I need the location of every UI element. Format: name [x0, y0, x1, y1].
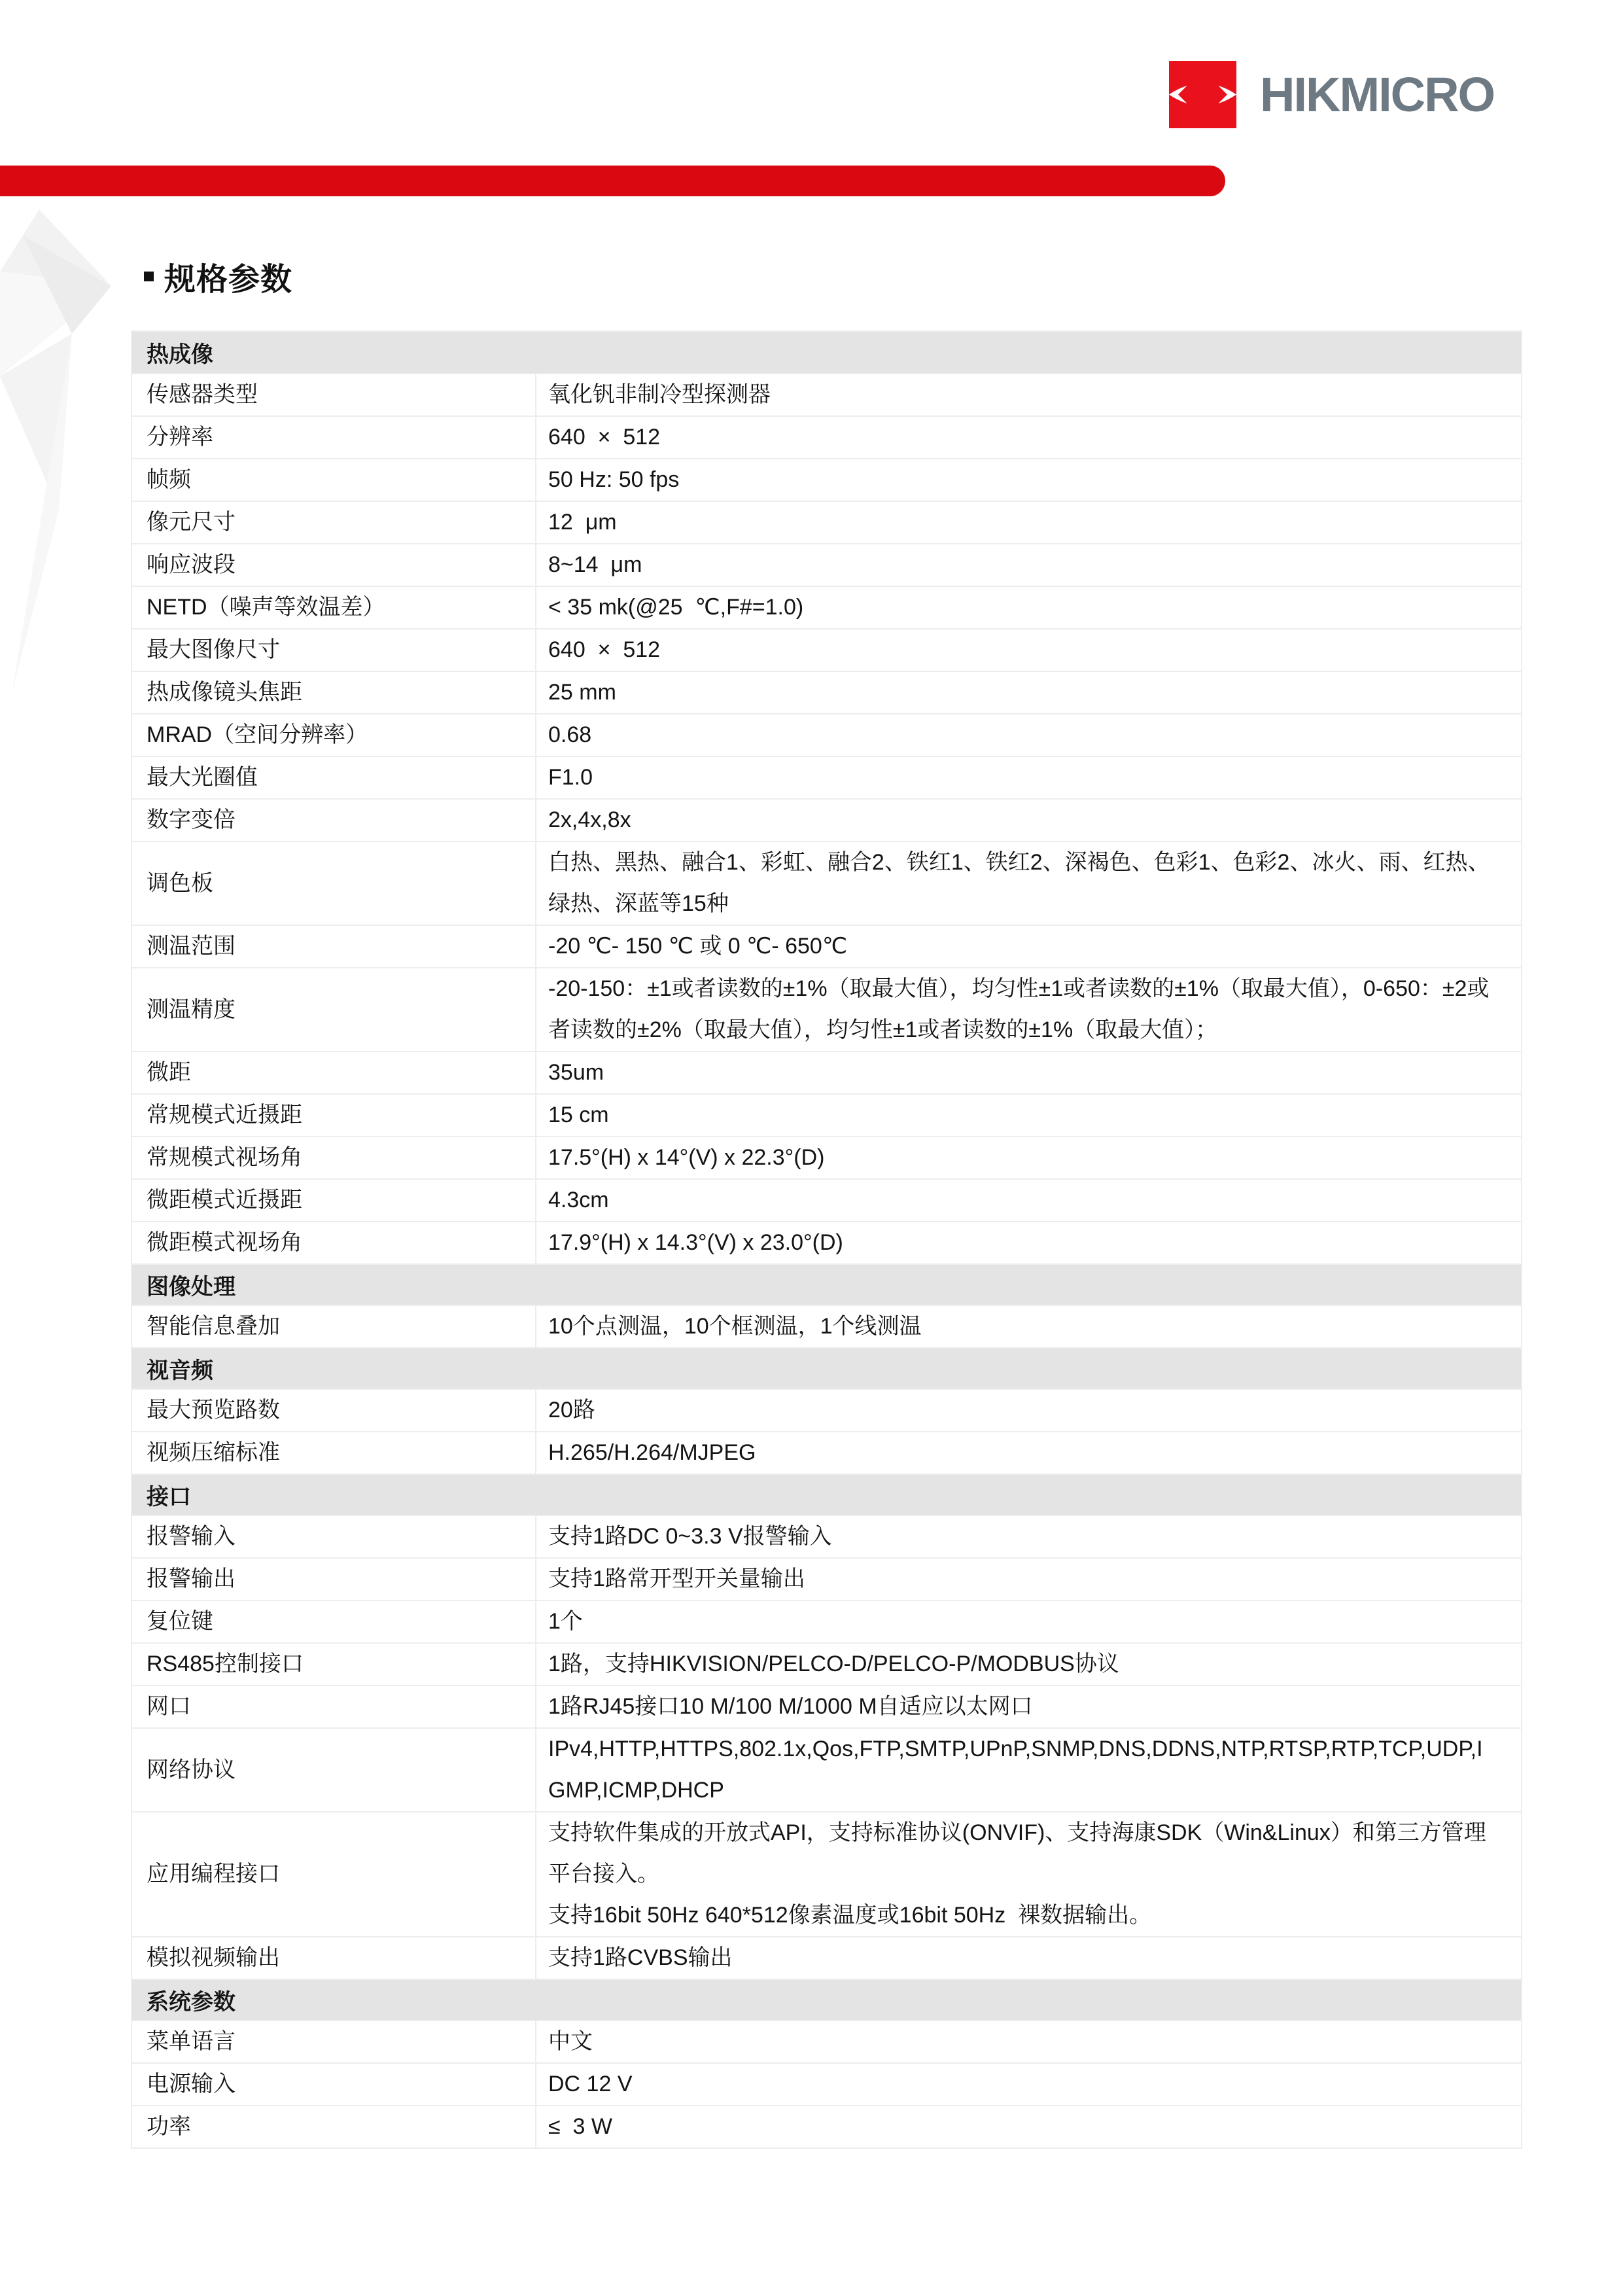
spec-label: 智能信息叠加: [132, 1306, 536, 1347]
spec-label: 数字变倍: [132, 800, 536, 841]
section-header: 系统参数: [132, 1979, 1521, 2020]
spec-row: 复位键1个: [132, 1600, 1521, 1642]
spec-row: 常规模式近摄距15 cm: [132, 1093, 1521, 1136]
spec-row: 微距35um: [132, 1051, 1521, 1093]
spec-value: < 35 mk(@25 ℃,F#=1.0): [536, 587, 1521, 628]
spec-row: 最大预览路数20路: [132, 1388, 1521, 1431]
spec-label: 热成像镜头焦距: [132, 672, 536, 713]
spec-value: 支持1路CVBS输出: [536, 1937, 1521, 1979]
title-bullet-icon: [144, 272, 154, 281]
page-title-text: 规格参数: [164, 254, 292, 299]
spec-value: 1路RJ45接口10 M/100 M/1000 M自适应以太网口: [536, 1686, 1521, 1727]
spec-label: 应用编程接口: [132, 1812, 536, 1936]
spec-row: 最大光圈值F1.0: [132, 756, 1521, 798]
spec-label: 网络协议: [132, 1729, 536, 1811]
spec-label: 视频压缩标准: [132, 1432, 536, 1474]
spec-row: 网口1路RJ45接口10 M/100 M/1000 M自适应以太网口: [132, 1685, 1521, 1727]
spec-label: 像元尺寸: [132, 502, 536, 543]
spec-value: F1.0: [536, 757, 1521, 798]
spec-row: 功率≤ 3 W: [132, 2105, 1521, 2147]
spec-value: 50 Hz: 50 fps: [536, 459, 1521, 501]
spec-label: 电源输入: [132, 2064, 536, 2105]
spec-label: 测温范围: [132, 926, 536, 967]
spec-value: 1个: [536, 1601, 1521, 1642]
spec-value: 氧化钒非制冷型探测器: [536, 374, 1521, 415]
spec-value: 支持1路DC 0~3.3 V报警输入: [536, 1516, 1521, 1557]
spec-row: 视频压缩标准H.265/H.264/MJPEG: [132, 1431, 1521, 1474]
section-header: 视音频: [132, 1347, 1521, 1388]
spec-label: 传感器类型: [132, 374, 536, 415]
spec-row: 热成像镜头焦距25 mm: [132, 671, 1521, 713]
spec-value: 25 mm: [536, 672, 1521, 713]
spec-row: 测温范围-20 ℃- 150 ℃ 或 0 ℃- 650℃: [132, 925, 1521, 967]
spec-label: RS485控制接口: [132, 1644, 536, 1685]
spec-value: 0.68: [536, 715, 1521, 756]
spec-row: 调色板白热、黑热、融合1、彩虹、融合2、铁红1、铁红2、深褐色、色彩1、色彩2、…: [132, 841, 1521, 925]
spec-label: 最大预览路数: [132, 1390, 536, 1431]
spec-row: 响应波段8~14 μm: [132, 543, 1521, 586]
spec-value: 640 × 512: [536, 417, 1521, 458]
spec-row: MRAD（空间分辨率）0.68: [132, 713, 1521, 756]
hikmicro-logo: HIKMICRO: [1169, 61, 1494, 128]
spec-row: NETD（噪声等效温差）< 35 mk(@25 ℃,F#=1.0): [132, 586, 1521, 628]
spec-value: 12 μm: [536, 502, 1521, 543]
spec-value: DC 12 V: [536, 2064, 1521, 2105]
spec-value: 中文: [536, 2021, 1521, 2062]
spec-row: 微距模式近摄距4.3cm: [132, 1178, 1521, 1221]
spec-row: 常规模式视场角17.5°(H) x 14°(V) x 22.3°(D): [132, 1136, 1521, 1178]
spec-value: -20-150：±1或者读数的±1%（取最大值），均匀性±1或者读数的±1%（取…: [536, 968, 1521, 1051]
spec-value: 支持软件集成的开放式API，支持标准协议(ONVIF)、支持海康SDK（Win&…: [536, 1812, 1521, 1936]
spec-label: 报警输入: [132, 1516, 536, 1557]
spec-row: 最大图像尺寸640 × 512: [132, 628, 1521, 671]
spec-row: 电源输入DC 12 V: [132, 2062, 1521, 2105]
spec-value: 白热、黑热、融合1、彩虹、融合2、铁红1、铁红2、深褐色、色彩1、色彩2、冰火、…: [536, 842, 1521, 925]
section-header: 接口: [132, 1474, 1521, 1515]
spec-table: 热成像传感器类型氧化钒非制冷型探测器分辨率640 × 512帧频50 Hz: 5…: [131, 330, 1522, 2149]
spec-row: 微距模式视场角17.9°(H) x 14.3°(V) x 23.0°(D): [132, 1221, 1521, 1263]
spec-label: NETD（噪声等效温差）: [132, 587, 536, 628]
spec-value: 35um: [536, 1052, 1521, 1093]
spec-row: RS485控制接口1路，支持HIKVISION/PELCO-D/PELCO-P/…: [132, 1642, 1521, 1685]
spec-row: 数字变倍2x,4x,8x: [132, 798, 1521, 841]
spec-label: 常规模式近摄距: [132, 1095, 536, 1136]
spec-label: 微距: [132, 1052, 536, 1093]
spec-value: 4.3cm: [536, 1180, 1521, 1221]
spec-label: 调色板: [132, 842, 536, 925]
datasheet-page: HIKMICRO 规格参数 热成像传感器类型氧化钒非制冷型探测器分辨率640 ×…: [0, 0, 1623, 2296]
spec-label: 报警输出: [132, 1559, 536, 1600]
spec-label: 帧频: [132, 459, 536, 501]
section-header: 热成像: [132, 332, 1521, 373]
spec-label: 微距模式近摄距: [132, 1180, 536, 1221]
spec-label: 分辨率: [132, 417, 536, 458]
spec-row: 模拟视频输出支持1路CVBS输出: [132, 1936, 1521, 1979]
spec-label: 模拟视频输出: [132, 1937, 536, 1979]
spec-value: 2x,4x,8x: [536, 800, 1521, 841]
spec-label: 网口: [132, 1686, 536, 1727]
spec-row: 像元尺寸12 μm: [132, 501, 1521, 543]
hikmicro-eye-icon: [1169, 61, 1236, 128]
spec-value: 17.5°(H) x 14°(V) x 22.3°(D): [536, 1137, 1521, 1178]
spec-row: 测温精度-20-150：±1或者读数的±1%（取最大值），均匀性±1或者读数的±…: [132, 967, 1521, 1051]
page-title: 规格参数: [144, 254, 292, 299]
spec-label: 测温精度: [132, 968, 536, 1051]
spec-value: 8~14 μm: [536, 544, 1521, 586]
spec-value: 20路: [536, 1390, 1521, 1431]
spec-row: 菜单语言中文: [132, 2020, 1521, 2062]
spec-value: ≤ 3 W: [536, 2106, 1521, 2147]
spec-row: 智能信息叠加10个点测温，10个框测温，1个线测温: [132, 1305, 1521, 1347]
spec-value: 15 cm: [536, 1095, 1521, 1136]
spec-row: 分辨率640 × 512: [132, 415, 1521, 458]
spec-label: 常规模式视场角: [132, 1137, 536, 1178]
spec-label: 响应波段: [132, 544, 536, 586]
spec-label: 最大光圈值: [132, 757, 536, 798]
spec-value: 1路，支持HIKVISION/PELCO-D/PELCO-P/MODBUS协议: [536, 1644, 1521, 1685]
spec-row: 报警输入支持1路DC 0~3.3 V报警输入: [132, 1515, 1521, 1557]
spec-row: 报警输出支持1路常开型开关量输出: [132, 1557, 1521, 1600]
spec-value: 640 × 512: [536, 629, 1521, 671]
spec-value: H.265/H.264/MJPEG: [536, 1432, 1521, 1474]
spec-label: 菜单语言: [132, 2021, 536, 2062]
spec-row: 网络协议IPv4,HTTP,HTTPS,802.1x,Qos,FTP,SMTP,…: [132, 1727, 1521, 1811]
spec-value: -20 ℃- 150 ℃ 或 0 ℃- 650℃: [536, 926, 1521, 967]
spec-label: MRAD（空间分辨率）: [132, 715, 536, 756]
spec-value: IPv4,HTTP,HTTPS,802.1x,Qos,FTP,SMTP,UPnP…: [536, 1729, 1521, 1811]
header-accent-bar: [0, 166, 1225, 196]
spec-value: 支持1路常开型开关量输出: [536, 1559, 1521, 1600]
spec-label: 复位键: [132, 1601, 536, 1642]
spec-row: 传感器类型氧化钒非制冷型探测器: [132, 373, 1521, 415]
spec-label: 微距模式视场角: [132, 1222, 536, 1263]
spec-label: 最大图像尺寸: [132, 629, 536, 671]
spec-value: 17.9°(H) x 14.3°(V) x 23.0°(D): [536, 1222, 1521, 1263]
spec-value: 10个点测温，10个框测温，1个线测温: [536, 1306, 1521, 1347]
hikmicro-logo-text: HIKMICRO: [1260, 61, 1494, 128]
spec-row: 帧频50 Hz: 50 fps: [132, 458, 1521, 501]
spec-row: 应用编程接口支持软件集成的开放式API，支持标准协议(ONVIF)、支持海康SD…: [132, 1811, 1521, 1936]
section-header: 图像处理: [132, 1263, 1521, 1305]
spec-label: 功率: [132, 2106, 536, 2147]
